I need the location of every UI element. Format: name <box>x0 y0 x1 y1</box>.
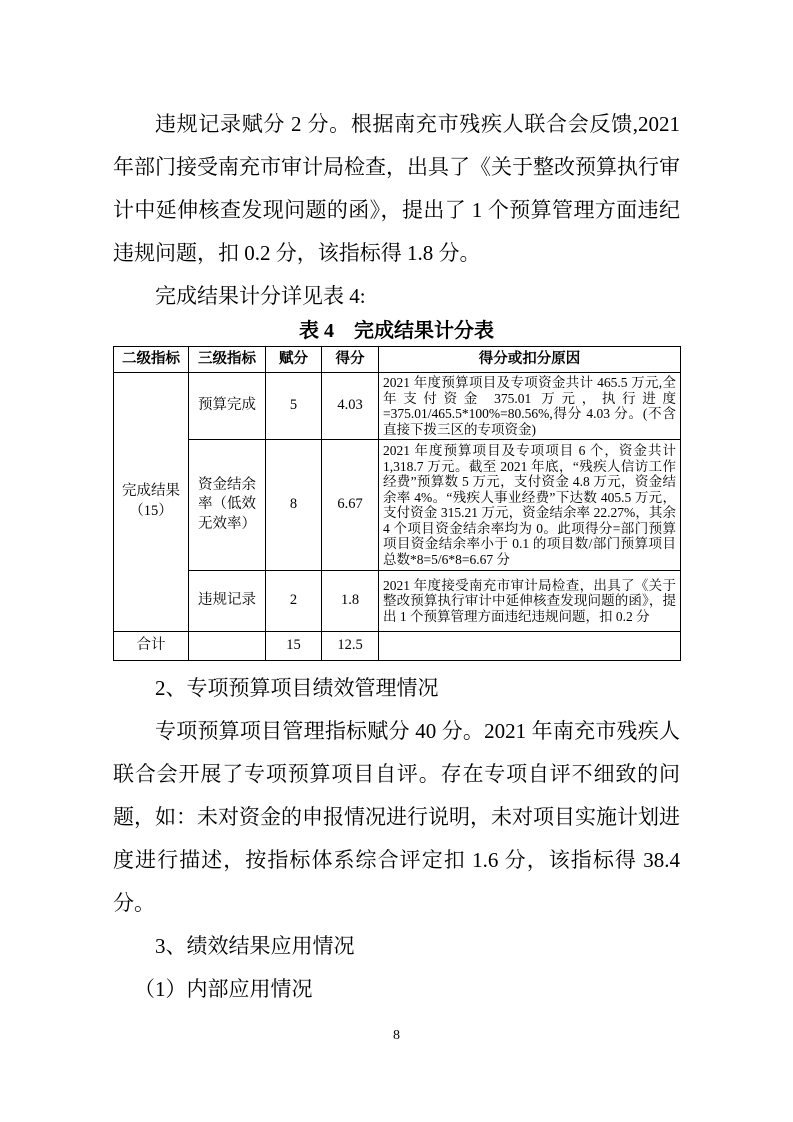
col-header-assigned-points: 赋分 <box>266 347 322 373</box>
total-label-cell: 合计 <box>114 632 189 661</box>
page-number: 8 <box>113 1027 680 1045</box>
total-score-cell: 12.5 <box>322 632 379 661</box>
table-row-violation-record: 违规记录 2 1.8 2021 年度接受南充市审计局检查，出具了《关于整改预算执… <box>114 571 681 632</box>
indicator-cell: 预算完成 <box>189 373 266 440</box>
completion-result-score-table: 二级指标 三级指标 赋分 得分 得分或扣分原因 完成结果（15） 预算完成 5 … <box>113 346 681 661</box>
col-header-score: 得分 <box>322 347 379 373</box>
reason-cell: 2021 年度预算项目及专项资金共计 465.5 万元,全年支付资金 375.0… <box>379 373 681 440</box>
table-header-row: 二级指标 三级指标 赋分 得分 得分或扣分原因 <box>114 347 681 373</box>
col-header-secondary-indicator: 二级指标 <box>114 347 189 373</box>
assigned-points-cell: 8 <box>266 440 322 571</box>
table-row-total: 合计 15 12.5 <box>114 632 681 661</box>
reason-cell: 2021 年度预算项目及专项项目 6 个，资金共计 1,318.7 万元。截至 … <box>379 440 681 571</box>
paragraph-see-table-4: 完成结果计分详见表 4: <box>113 275 680 318</box>
score-cell: 4.03 <box>322 373 379 440</box>
indicator-cell: 资金结余率（低效无效率） <box>189 440 266 571</box>
empty-cell <box>189 632 266 661</box>
table-row-fund-balance-rate: 资金结余率（低效无效率） 8 6.67 2021 年度预算项目及专项项目 6 个… <box>114 440 681 571</box>
col-header-reason: 得分或扣分原因 <box>379 347 681 373</box>
group-cell-completion-result: 完成结果（15） <box>114 373 189 632</box>
table-row-budget-completion: 完成结果（15） 预算完成 5 4.03 2021 年度预算项目及专项资金共计 … <box>114 373 681 440</box>
section-2-heading: 2、专项预算项目绩效管理情况 <box>113 667 680 710</box>
empty-reason-cell <box>379 632 681 661</box>
section-3-heading: 3、绩效结果应用情况 <box>113 925 680 968</box>
reason-cell: 2021 年度接受南充市审计局检查，出具了《关于整改预算执行审计中延伸核查发现问… <box>379 571 681 632</box>
total-assigned-points-cell: 15 <box>266 632 322 661</box>
document-page: 违规记录赋分 2 分。根据南充市残疾人联合会反馈,2021 年部门接受南充市审计… <box>113 0 680 1045</box>
assigned-points-cell: 5 <box>266 373 322 440</box>
section-3-1-heading: （1）内部应用情况 <box>113 968 680 1011</box>
score-cell: 1.8 <box>322 571 379 632</box>
paragraph-violation-record: 违规记录赋分 2 分。根据南充市残疾人联合会反馈,2021 年部门接受南充市审计… <box>113 103 680 275</box>
score-cell: 6.67 <box>322 440 379 571</box>
assigned-points-cell: 2 <box>266 571 322 632</box>
col-header-tertiary-indicator: 三级指标 <box>189 347 266 373</box>
indicator-cell: 违规记录 <box>189 571 266 632</box>
table-4-title: 表 4 完成结果计分表 <box>113 318 680 344</box>
paragraph-special-budget: 专项预算项目管理指标赋分 40 分。2021 年南充市残疾人联合会开展了专项预算… <box>113 710 680 925</box>
